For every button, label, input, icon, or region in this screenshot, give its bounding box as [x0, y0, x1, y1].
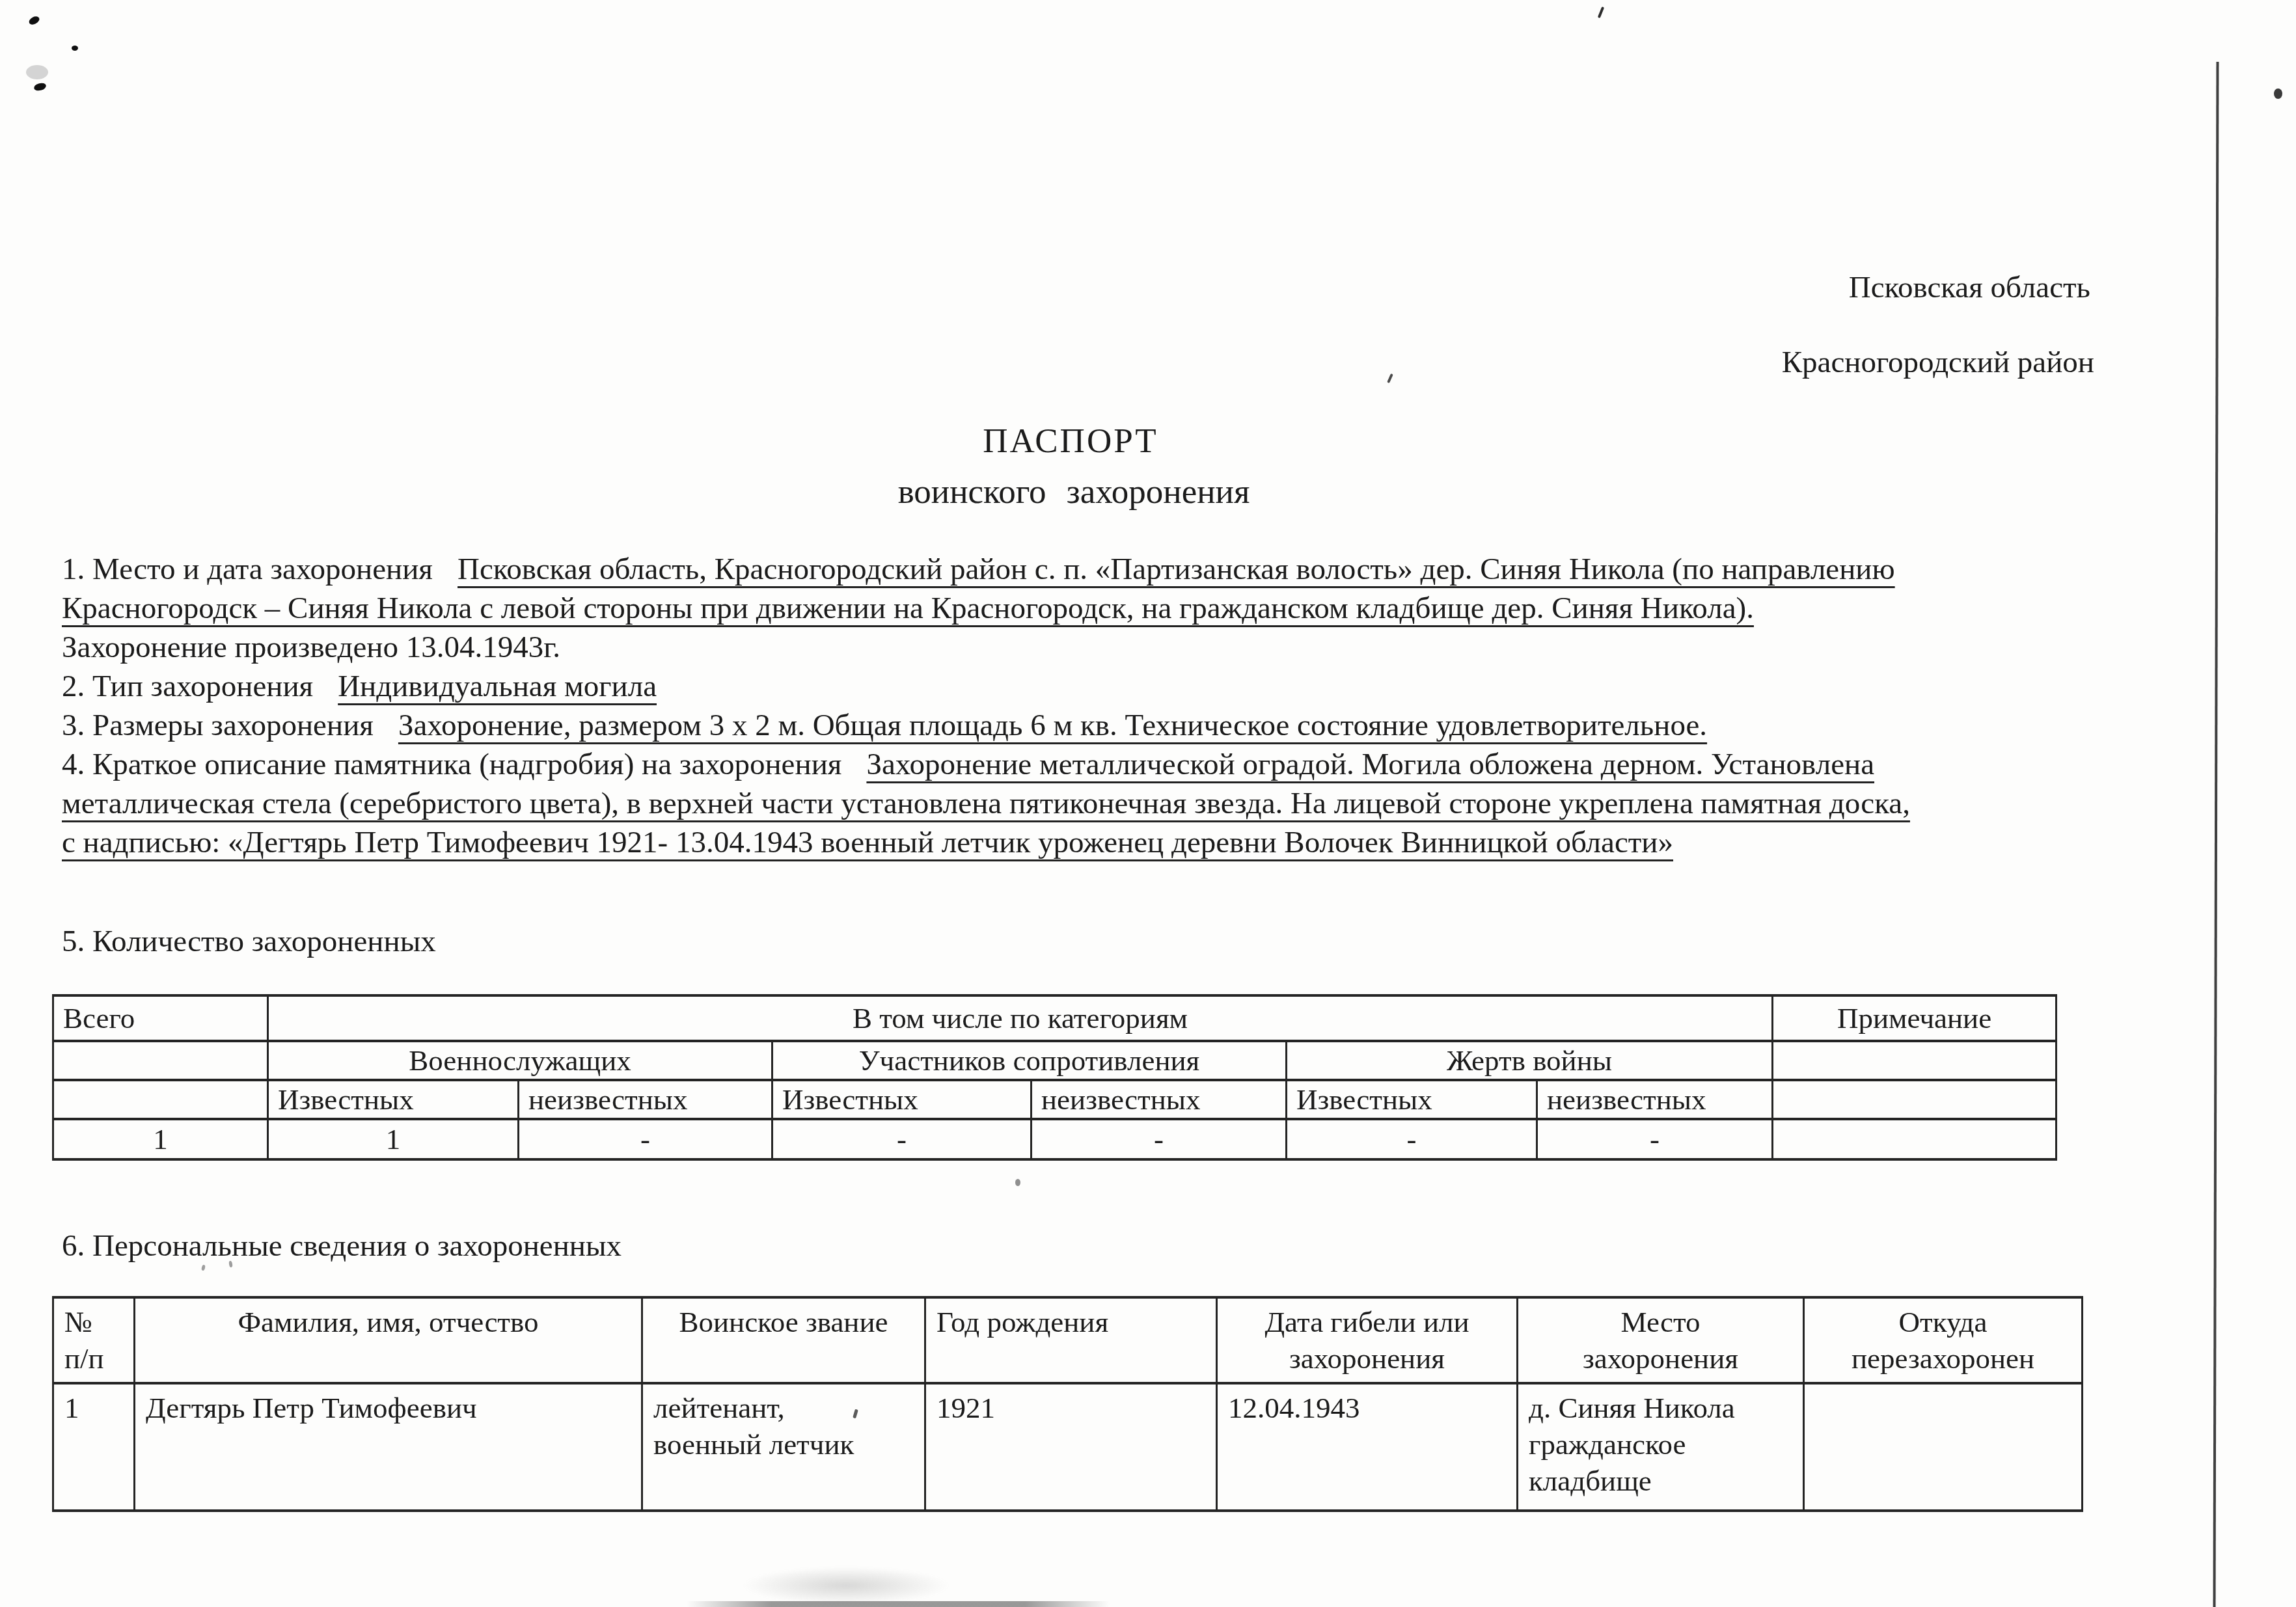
t5-military-unknown-header: неизвестных [519, 1080, 772, 1119]
t6-death-value: 12.04.1943 [1217, 1383, 1518, 1511]
p1-value-line1: Псковская область, Красногородский район… [458, 552, 1895, 586]
t5-total-value: 1 [53, 1119, 268, 1159]
header-region: Псковская область [1849, 270, 2090, 305]
t5-military-known-value: 1 [268, 1119, 519, 1159]
p4-value-line2: металлическая стела (серебристого цвета)… [62, 787, 1910, 820]
t5-victims-known-header: Известных [1287, 1080, 1537, 1119]
t5-resistance-unknown-header: неизвестных [1032, 1080, 1287, 1119]
t5-resistance-unknown-value: - [1032, 1119, 1287, 1159]
t5-note-value [1773, 1119, 2057, 1159]
t6-data-row: 1 Дегтярь Петр Тимофеевич лейтенант, вое… [53, 1383, 2083, 1511]
ink-speck [72, 46, 78, 51]
t5-military-unknown-value: - [519, 1119, 772, 1159]
p2-label: 2. Тип захоронения [62, 669, 313, 703]
t6-birth-value: 1921 [925, 1383, 1217, 1511]
t5-cat-military: Военнослужащих [268, 1041, 772, 1080]
scan-edge-line [2213, 62, 2219, 1607]
t5-cat-victims: Жертв войны [1287, 1041, 1773, 1080]
p4-line3: с надписью: «Дегтярь Петр Тимофеевич 192… [62, 823, 1673, 862]
p2-value: Индивидуальная могила [338, 669, 657, 703]
p1-value-line2: Красногородск – Синяя Никола с левой сто… [62, 591, 1754, 625]
personal-data-table: № п/п Фамилия, имя, отчество Воинское зв… [52, 1296, 2083, 1512]
t5-col-categories: В том числе по категориям [268, 995, 1773, 1041]
t5-resistance-known-value: - [772, 1119, 1032, 1159]
ink-speck [33, 82, 47, 92]
t5-victims-unknown-value: - [1537, 1119, 1773, 1159]
p1-note: Захоронение произведено 13.04.1943г. [62, 628, 560, 667]
t5-header-row1: Всего В том числе по категориям Примечан… [53, 995, 2057, 1041]
t5-header-row3: Известных неизвестных Известных неизвест… [53, 1080, 2057, 1119]
header-district: Красногородский район [1782, 345, 2094, 380]
doc-title: ПАСПОРТ [983, 422, 1158, 461]
t6-place-value: д. Синяя Никола гражданское кладбище [1518, 1383, 1804, 1511]
t5-col-note: Примечание [1773, 995, 2057, 1041]
t6-reburied-value [1804, 1383, 2083, 1511]
burial-count-table: Всего В том числе по категориям Примечан… [52, 994, 2057, 1161]
scan-bottom-strip [687, 1601, 1110, 1607]
p3-line: 3. Размеры захороненияЗахоронение, разме… [62, 706, 1707, 745]
p2-line: 2. Тип захороненияИндивидуальная могила [62, 667, 657, 706]
t6-header-name: Фамилия, имя, отчество [135, 1297, 642, 1383]
t5-empty-cell [53, 1041, 268, 1080]
t5-victims-known-value: - [1287, 1119, 1537, 1159]
t5-cat-resistance: Участников сопротивления [772, 1041, 1287, 1080]
t5-victims-unknown-header: неизвестных [1537, 1080, 1773, 1119]
t5-empty-cell [1773, 1041, 2057, 1080]
t5-empty-cell [53, 1080, 268, 1119]
ink-speck [2274, 88, 2282, 99]
t5-header-row2: Военнослужащих Участников сопротивления … [53, 1041, 2057, 1080]
t6-header-death: Дата гибели или захоронения [1217, 1297, 1518, 1383]
doc-subtitle: воинского захоронения [898, 472, 1250, 511]
t5-col-total: Всего [53, 995, 268, 1041]
p4-value-line1: Захоронение металлической оградой. Могил… [866, 748, 1874, 781]
t5-military-known-header: Известных [268, 1080, 519, 1119]
p4-line2: металлическая стела (серебристого цвета)… [62, 784, 1910, 823]
section5-heading: 5. Количество захороненных [62, 924, 436, 959]
p3-value: Захоронение, размером 3 х 2 м. Общая пло… [398, 709, 1707, 742]
t6-header-rank: Воинское звание [642, 1297, 925, 1383]
p4-value-line3: с надписью: «Дегтярь Петр Тимофеевич 192… [62, 826, 1673, 859]
p1-line1: 1. Место и дата захороненияПсковская обл… [62, 550, 1895, 589]
p4-line1: 4. Краткое описание памятника (надгробия… [62, 745, 1874, 784]
t6-num-value: 1 [53, 1383, 135, 1511]
section6-heading: 6. Персональные сведения о захороненных [62, 1228, 622, 1263]
ink-speck [1015, 1179, 1020, 1186]
t6-rank-value: лейтенант, военный летчик [642, 1383, 925, 1511]
p1-line2: Красногородск – Синяя Никола с левой сто… [62, 589, 1754, 628]
p3-label: 3. Размеры захоронения [62, 709, 374, 742]
t6-header-num: № п/п [53, 1297, 135, 1383]
p4-label: 4. Краткое описание памятника (надгробия… [62, 748, 841, 781]
t6-name-value: Дегтярь Петр Тимофеевич [135, 1383, 642, 1511]
document-page: Псковская область Красногородский район … [0, 0, 2296, 1607]
p1-note-text: Захоронение произведено 13.04.1943г. [62, 630, 560, 664]
t6-header-birth: Год рождения [925, 1297, 1217, 1383]
scan-smudge [742, 1567, 950, 1604]
ink-speck [201, 1265, 206, 1271]
ink-speck [1598, 7, 1604, 18]
t5-resistance-known-header: Известных [772, 1080, 1032, 1119]
t6-header-place: Место захоронения [1518, 1297, 1804, 1383]
t5-empty-cell [1773, 1080, 2057, 1119]
ink-speck [1387, 373, 1393, 383]
p1-label: 1. Место и дата захоронения [62, 552, 433, 586]
t6-header-row: № п/п Фамилия, имя, отчество Воинское зв… [53, 1297, 2083, 1383]
ink-speck [26, 65, 48, 79]
ink-speck [27, 15, 40, 27]
t5-data-row: 1 1 - - - - - [53, 1119, 2057, 1159]
t6-header-reburied: Откуда перезахоронен [1804, 1297, 2083, 1383]
